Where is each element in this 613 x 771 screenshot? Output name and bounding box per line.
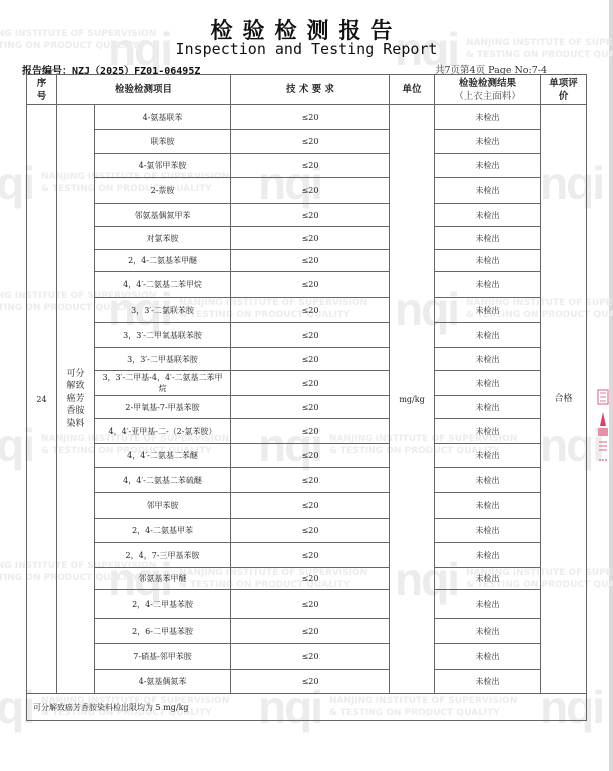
table-row: 2，4-二氨基苯甲醚≤20未检出 xyxy=(27,250,587,272)
result-value: 未检出 xyxy=(435,590,541,619)
item-name: 4，4′-二氨基二苯硫醚 xyxy=(95,468,231,493)
item-name: 2，4，7-三甲基苯胺 xyxy=(95,543,231,568)
requirement-value: ≤20 xyxy=(231,204,390,227)
header-unit: 单位 xyxy=(390,75,435,105)
table-row: 2，6-二甲基苯胺≤20未检出 xyxy=(27,619,587,644)
item-name: 2，4-二甲基苯胺 xyxy=(95,590,231,619)
result-value: 未检出 xyxy=(435,105,541,130)
table-row: 4，4′-二氨基二苯甲烷≤20未检出 xyxy=(27,272,587,298)
table-row: 邻氨基苯甲醚≤20未检出 xyxy=(27,568,587,590)
header-evaluation: 单项评价 xyxy=(541,75,587,105)
item-name: 4-氨基联苯 xyxy=(95,105,231,130)
requirement-value: ≤20 xyxy=(231,419,390,444)
table-row: 3，3′-二氯联苯胺≤20未检出 xyxy=(27,298,587,323)
result-value: 未检出 xyxy=(435,396,541,419)
table-row: 邻氨基偶氮甲苯≤20未检出 xyxy=(27,204,587,227)
table-row: 4-氨基偶氮苯≤20未检出 xyxy=(27,670,587,694)
seal-stamp xyxy=(597,388,609,468)
requirement-value: ≤20 xyxy=(231,444,390,468)
result-value: 未检出 xyxy=(435,272,541,298)
requirement-value: ≤20 xyxy=(231,272,390,298)
result-value: 未检出 xyxy=(435,250,541,272)
detection-limit-note: 可分解致癌芳香胺染料检出限均为 5 mg/kg xyxy=(27,694,587,721)
result-value: 未检出 xyxy=(435,519,541,543)
table-row: 2，4，7-三甲基苯胺≤20未检出 xyxy=(27,543,587,568)
item-name: 3，3′-二甲基联苯胺 xyxy=(95,348,231,371)
unit-cell: mg/kg xyxy=(390,105,435,694)
item-name: 2-甲氧基-7-甲基苯胺 xyxy=(95,396,231,419)
seq-cell: 24 xyxy=(27,105,57,694)
item-name: 邻氨基偶氮甲苯 xyxy=(95,204,231,227)
note-row: 可分解致癌芳香胺染料检出限均为 5 mg/kg xyxy=(27,694,587,721)
header-result-sample: （上衣主面料） xyxy=(435,90,540,103)
item-name: 3，3′-二甲氧基联苯胺 xyxy=(95,323,231,348)
requirement-value: ≤20 xyxy=(231,105,390,130)
result-value: 未检出 xyxy=(435,227,541,250)
item-name: 邻甲苯胺 xyxy=(95,493,231,519)
requirement-value: ≤20 xyxy=(231,298,390,323)
table-row: 对氯苯胺≤20未检出 xyxy=(27,227,587,250)
item-name: 4-氯邻甲苯胺 xyxy=(95,154,231,178)
requirement-value: ≤20 xyxy=(231,348,390,371)
item-name: 邻氨基苯甲醚 xyxy=(95,568,231,590)
table-row: 24可分解致癌芳香胺染料4-氨基联苯≤20mg/kg未检出合格 xyxy=(27,105,587,130)
result-value: 未检出 xyxy=(435,568,541,590)
item-name: 3，3′-二氯联苯胺 xyxy=(95,298,231,323)
page-edge xyxy=(609,0,613,771)
requirement-value: ≤20 xyxy=(231,519,390,543)
requirement-value: ≤20 xyxy=(231,227,390,250)
table-row: 2-萘胺≤20未检出 xyxy=(27,178,587,204)
item-name: 4，4′-二氨基二苯醚 xyxy=(95,444,231,468)
item-name: 2，4-二氨基苯甲醚 xyxy=(95,250,231,272)
requirement-value: ≤20 xyxy=(231,493,390,519)
requirement-value: ≤20 xyxy=(231,323,390,348)
requirement-value: ≤20 xyxy=(231,396,390,419)
item-name: 7-硝基-邻甲苯胺 xyxy=(95,644,231,670)
item-name: 2，4-二氨基甲苯 xyxy=(95,519,231,543)
result-value: 未检出 xyxy=(435,619,541,644)
item-name: 4，4′-亚甲基-二-（2-氯苯胺） xyxy=(95,419,231,444)
result-value: 未检出 xyxy=(435,468,541,493)
result-value: 未检出 xyxy=(435,543,541,568)
requirement-value: ≤20 xyxy=(231,590,390,619)
table-row: 4，4′-二氨基二苯硫醚≤20未检出 xyxy=(27,468,587,493)
result-value: 未检出 xyxy=(435,444,541,468)
requirement-value: ≤20 xyxy=(231,130,390,154)
header-result: 检验检测结果 （上衣主面料） xyxy=(435,75,541,105)
requirement-value: ≤20 xyxy=(231,154,390,178)
table-row: 2，4-二甲基苯胺≤20未检出 xyxy=(27,590,587,619)
results-table: 序号 检验检测项目 技 术 要 求 单位 检验检测结果 （上衣主面料） 单项评价… xyxy=(26,74,587,721)
requirement-value: ≤20 xyxy=(231,178,390,204)
requirement-value: ≤20 xyxy=(231,619,390,644)
table-row: 3，3′-二甲基联苯胺≤20未检出 xyxy=(27,348,587,371)
item-name: 3，3′-二甲基-4，4′-二氨基二苯甲烷 xyxy=(95,371,231,396)
item-name: 2，6-二甲基苯胺 xyxy=(95,619,231,644)
requirement-value: ≤20 xyxy=(231,543,390,568)
result-value: 未检出 xyxy=(435,298,541,323)
requirement-value: ≤20 xyxy=(231,250,390,272)
requirement-value: ≤20 xyxy=(231,568,390,590)
requirement-value: ≤20 xyxy=(231,670,390,694)
table-row: 联苯胺≤20未检出 xyxy=(27,130,587,154)
result-value: 未检出 xyxy=(435,371,541,396)
result-value: 未检出 xyxy=(435,493,541,519)
table-row: 4，4′-二氨基二苯醚≤20未检出 xyxy=(27,444,587,468)
report-title-english: Inspection and Testing Report xyxy=(0,40,613,58)
item-name: 4-氨基偶氮苯 xyxy=(95,670,231,694)
result-value: 未检出 xyxy=(435,130,541,154)
header-item: 检验检测项目 xyxy=(57,75,231,105)
result-value: 未检出 xyxy=(435,323,541,348)
requirement-value: ≤20 xyxy=(231,644,390,670)
evaluation-cell: 合格 xyxy=(541,105,587,694)
header-seq: 序号 xyxy=(27,75,57,105)
item-name: 4，4′-二氨基二苯甲烷 xyxy=(95,272,231,298)
item-name: 2-萘胺 xyxy=(95,178,231,204)
result-value: 未检出 xyxy=(435,154,541,178)
result-value: 未检出 xyxy=(435,644,541,670)
result-value: 未检出 xyxy=(435,348,541,371)
table-row: 2-甲氧基-7-甲基苯胺≤20未检出 xyxy=(27,396,587,419)
category-cell: 可分解致癌芳香胺染料 xyxy=(57,105,95,694)
item-name: 对氯苯胺 xyxy=(95,227,231,250)
result-value: 未检出 xyxy=(435,670,541,694)
result-value: 未检出 xyxy=(435,419,541,444)
table-header-row: 序号 检验检测项目 技 术 要 求 单位 检验检测结果 （上衣主面料） 单项评价 xyxy=(27,75,587,105)
result-value: 未检出 xyxy=(435,204,541,227)
table-row: 3，3′-二甲基-4，4′-二氨基二苯甲烷≤20未检出 xyxy=(27,371,587,396)
header-result-label: 检验检测结果 xyxy=(435,77,540,90)
requirement-value: ≤20 xyxy=(231,468,390,493)
table-row: 4-氯邻甲苯胺≤20未检出 xyxy=(27,154,587,178)
item-name: 联苯胺 xyxy=(95,130,231,154)
requirement-value: ≤20 xyxy=(231,371,390,396)
header-requirement: 技 术 要 求 xyxy=(231,75,390,105)
table-row: 7-硝基-邻甲苯胺≤20未检出 xyxy=(27,644,587,670)
table-row: 2，4-二氨基甲苯≤20未检出 xyxy=(27,519,587,543)
table-row: 邻甲苯胺≤20未检出 xyxy=(27,493,587,519)
table-row: 3，3′-二甲氧基联苯胺≤20未检出 xyxy=(27,323,587,348)
table-row: 4，4′-亚甲基-二-（2-氯苯胺）≤20未检出 xyxy=(27,419,587,444)
result-value: 未检出 xyxy=(435,178,541,204)
